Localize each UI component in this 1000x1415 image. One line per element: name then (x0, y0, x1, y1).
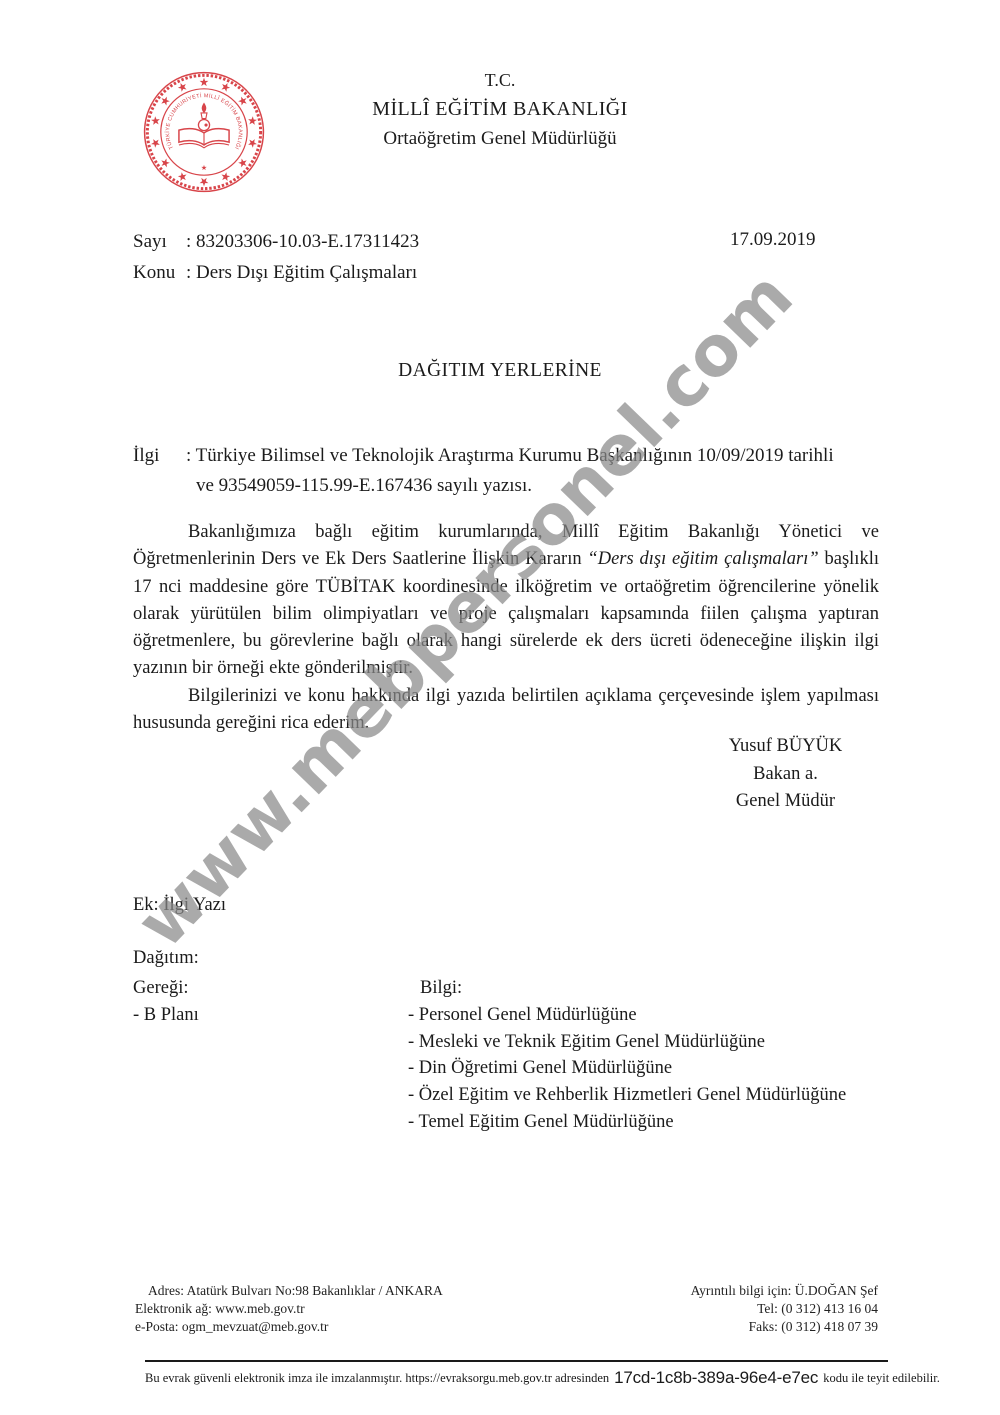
ilgi-line2: ve 93549059-115.99-E.167436 sayılı yazıs… (196, 471, 834, 501)
bilgi-label: Bilgi: (420, 975, 846, 1002)
header-ministry: MİLLÎ EĞİTİM BAKANLIĞI (0, 95, 1000, 124)
signatory-name: Yusuf BÜYÜK (693, 733, 878, 761)
bilgi-item: - Temel Eğitim Genel Müdürlüğüne (408, 1109, 846, 1136)
ilgi-reference: İlgi : Türkiye Bilimsel ve Teknolojik Ar… (133, 441, 834, 501)
body-paragraph-1: Bakanlığımıza bağlı eğitim kurumlarında,… (133, 519, 879, 683)
letter-date: 17.09.2019 (730, 229, 816, 251)
document-meta: Sayı : 83203306-10.03-E.17311423 Konu : … (133, 226, 419, 288)
ilgi-line1: : Türkiye Bilimsel ve Teknolojik Araştır… (186, 441, 834, 471)
geregi-column: Gereği: - B Planı (133, 975, 199, 1029)
sayi-value: : 83203306-10.03-E.17311423 (186, 226, 419, 257)
body-paragraph-2: Bilgilerinizi ve konu hakkında ilgi yazı… (133, 683, 879, 738)
verification-code: 17cd-1c8b-389a-96e4-e7ec (614, 1368, 818, 1387)
konu-value: : Ders Dışı Eğitim Çalışmaları (186, 257, 417, 288)
footer-web-line: Elektronik ağ: www.meb.gov.tr (135, 1300, 443, 1318)
letterhead: T.C. MİLLÎ EĞİTİM BAKANLIĞI Ortaöğretim … (0, 66, 1000, 153)
footer-email-line: e-Posta: ogm_mevzuat@meb.gov.tr (135, 1318, 443, 1336)
bilgi-item: - Personel Genel Müdürlüğüne (408, 1002, 846, 1029)
verification-line: Bu evrak güvenli elektronik imza ile imz… (145, 1368, 888, 1388)
letter-body: Bakanlığımıza bağlı eğitim kurumlarında,… (133, 519, 879, 737)
bilgi-item: - Özel Eğitim ve Rehberlik Hizmetleri Ge… (408, 1082, 846, 1109)
bilgi-item: - Din Öğretimi Genel Müdürlüğüne (408, 1055, 846, 1082)
geregi-label: Gereği: (133, 975, 199, 1002)
footer-address-line: Adres: Atatürk Bulvarı No:98 Bakanlıklar… (148, 1282, 443, 1300)
header-directorate: Ortaöğretim Genel Müdürlüğü (0, 124, 1000, 153)
verification-suffix: kodu ile teyit edilebilir. (823, 1371, 940, 1385)
ilgi-text: : Türkiye Bilimsel ve Teknolojik Araştır… (186, 441, 834, 501)
footer-tel: Tel: (0 312) 413 16 04 (691, 1300, 878, 1318)
header-tc: T.C. (0, 66, 1000, 95)
konu-row: Konu : Ders Dışı Eğitim Çalışmaları (133, 257, 419, 288)
sayi-row: Sayı : 83203306-10.03-E.17311423 (133, 226, 419, 257)
document-page: TÜRKİYE CUMHURİYETİ MİLLÎ EĞİTİM BAKANLI… (0, 0, 1000, 1415)
signature-block: Yusuf BÜYÜK Bakan a. Genel Müdür (693, 733, 878, 816)
attachment-note: Ek: İlgi Yazı (133, 895, 226, 916)
ilgi-label: İlgi (133, 441, 186, 501)
bilgi-column: Bilgi: - Personel Genel Müdürlüğüne - Me… (408, 975, 846, 1136)
sayi-label: Sayı (133, 226, 186, 257)
recipient-heading: DAĞITIM YERLERİNE (0, 360, 1000, 382)
geregi-item: - B Planı (133, 1002, 199, 1029)
distribution-title: Dağıtım: (133, 948, 199, 969)
p1-italic-phrase: “Ders dışı eğitim çalışmaları” (587, 549, 818, 569)
footer-divider (145, 1360, 888, 1362)
signatory-title: Bakan a. (693, 761, 878, 789)
footer-contact-person: Ayrıntılı bilgi için: Ü.DOĞAN Şef (691, 1282, 878, 1300)
footer-address: Adres: Atatürk Bulvarı No:98 Bakanlıklar… (135, 1282, 443, 1336)
signatory-role: Genel Müdür (693, 788, 878, 816)
footer-fax: Faks: (0 312) 418 07 39 (691, 1318, 878, 1336)
footer-contact: Ayrıntılı bilgi için: Ü.DOĞAN Şef Tel: (… (691, 1282, 878, 1336)
konu-label: Konu (133, 257, 186, 288)
bilgi-item: - Mesleki ve Teknik Eğitim Genel Müdürlü… (408, 1029, 846, 1056)
verification-prefix: Bu evrak güvenli elektronik imza ile imz… (145, 1371, 609, 1385)
